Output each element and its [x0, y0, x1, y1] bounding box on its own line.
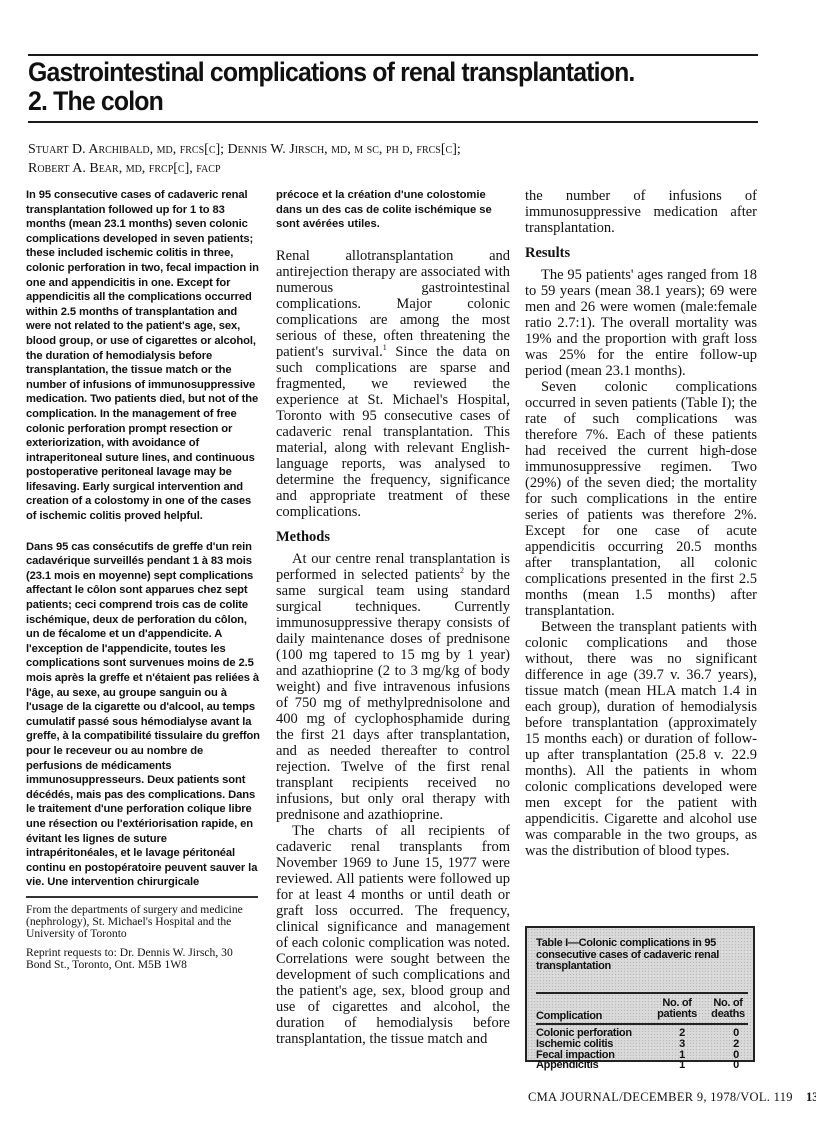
reprint-requests: Reprint requests to: Dr. Dennis W. Jirsc… — [26, 947, 260, 971]
table-header-patients: No. of patients — [652, 998, 702, 1020]
intro-paragraph: Renal allotransplantation and antireject… — [276, 248, 510, 520]
abstract-english: In 95 consecutive cases of cadaveric ren… — [26, 188, 260, 524]
middle-column: précoce et la création d'une colostomie … — [276, 188, 510, 1047]
title-bottom-rule — [28, 121, 758, 123]
table-caption: Table I—Colonic complications in 95 cons… — [536, 938, 746, 973]
table-header-deaths: No. of deaths — [707, 998, 749, 1020]
methods-paragraph-2-continued: the number of infusions of immunosuppres… — [525, 188, 757, 236]
author-list: Stuart D. Archibald, md, frcs[c]; Dennis… — [28, 140, 768, 178]
methods-paragraph-1: At our centre renal transplantation is p… — [276, 551, 510, 823]
table-header-complication: Complication — [536, 1011, 602, 1022]
authors-line-2: Robert A. Bear, md, frcp[c], facp — [28, 159, 768, 178]
abstract: In 95 consecutive cases of cadaveric ren… — [26, 188, 260, 890]
title-line-1: Gastrointestinal complications of renal … — [28, 58, 709, 87]
table-cell-deaths: 0 — [726, 1060, 746, 1071]
affiliation-from: From the departments of surgery and medi… — [26, 904, 260, 940]
page-number: 1301 — [806, 1090, 816, 1104]
abstract-french-continued: précoce et la création d'une colostomie … — [276, 188, 510, 232]
results-heading: Results — [525, 245, 757, 261]
right-column: the number of infusions of immunosuppres… — [525, 188, 757, 859]
abstract-french: Dans 95 cas consécutifs de greffe d'un r… — [26, 540, 260, 890]
left-column: In 95 consecutive cases of cadaveric ren… — [26, 188, 260, 978]
affiliation-block: From the departments of surgery and medi… — [26, 904, 260, 971]
table-cell-complication: Appendicitis — [536, 1060, 598, 1071]
table-header-top-rule — [536, 992, 748, 994]
title-top-rule — [28, 54, 758, 56]
table-cell-patients: 1 — [672, 1060, 692, 1071]
title-line-2: 2. The colon — [28, 87, 709, 116]
journal-citation: CMA JOURNAL/DECEMBER 9, 1978/VOL. 119 — [528, 1090, 793, 1104]
methods-heading: Methods — [276, 529, 510, 545]
body-text-right: the number of infusions of immunosuppres… — [525, 188, 757, 859]
results-paragraph-3: Between the transplant patients with col… — [525, 619, 757, 859]
methods-paragraph-2: The charts of all recipients of cadaveri… — [276, 823, 510, 1047]
table-row: Appendicitis 1 0 — [536, 1060, 750, 1071]
affiliation-divider — [26, 896, 258, 898]
page-footer: CMA JOURNAL/DECEMBER 9, 1978/VOL. 119 13… — [528, 1090, 758, 1105]
article-title: Gastrointestinal complications of renal … — [28, 58, 709, 116]
results-paragraph-1: The 95 patients' ages ranged from 18 to … — [525, 267, 757, 379]
table-header-bottom-rule — [536, 1023, 748, 1025]
table-1: Table I—Colonic complications in 95 cons… — [525, 926, 755, 1062]
results-paragraph-2: Seven colonic complications occurred in … — [525, 379, 757, 619]
journal-page: Gastrointestinal complications of renal … — [0, 0, 816, 1136]
authors-line-1: Stuart D. Archibald, md, frcs[c]; Dennis… — [28, 140, 768, 159]
body-text-middle: Renal allotransplantation and antireject… — [276, 248, 510, 1047]
